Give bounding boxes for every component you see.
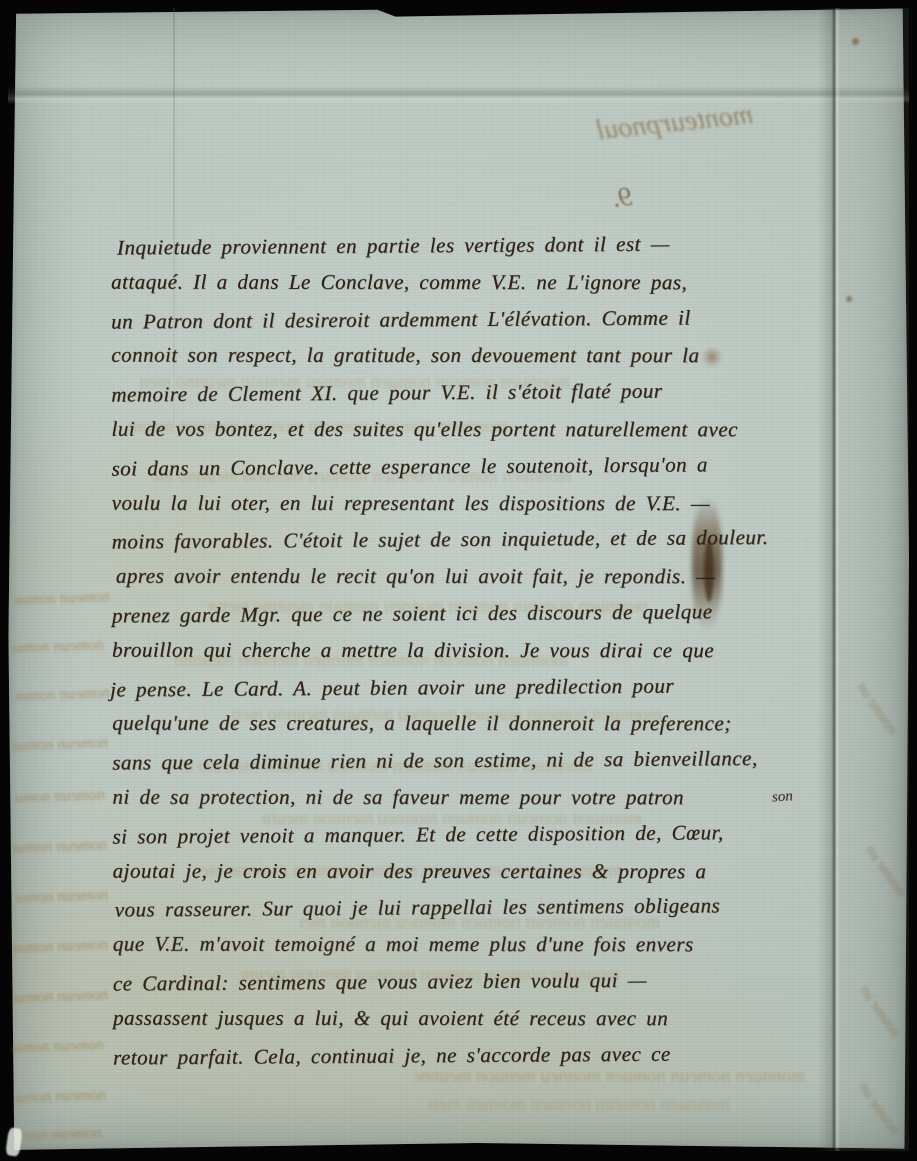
manuscript-line-22: passassent jusques a lui, & qui avoient … <box>113 1005 837 1042</box>
interlinear-insertion-word: son <box>771 788 793 806</box>
ink-speck <box>852 38 859 45</box>
manuscript-line-1: Inquietude proviennent en partie les ver… <box>117 230 835 272</box>
manuscript-line-14: quelqu'une de ses creatures, a laquelle … <box>112 711 836 748</box>
paper-edge-flake <box>5 1127 23 1157</box>
manuscript-line-8: voulu la lui oter, en lui representant l… <box>112 490 836 527</box>
manuscript-line-5: memoire de Clement XI. que pour V.E. il … <box>111 378 835 420</box>
manuscript-line-3: un Patron dont il desireroit ardemment L… <box>111 304 835 346</box>
manuscript-line-10: apres avoir entendu le recit qu'on lui a… <box>116 564 836 601</box>
manuscript-line-7: soi dans un Conclave. cette esperance le… <box>111 451 835 493</box>
manuscript-line-15: sans que cela diminue rien ni de son est… <box>112 746 836 788</box>
second-leaf-edge <box>838 8 909 1151</box>
manuscript-line-13: je pense. Le Card. A. peut bien avoir un… <box>110 672 836 714</box>
manuscript-line-4: connoit son respect, la gratitude, son d… <box>111 343 835 380</box>
manuscript-line-2: attaqué. Il a dans Le Conclave, comme V.… <box>111 269 835 306</box>
manuscript-line-12: brouillon qui cherche a mettre la divisi… <box>112 637 836 674</box>
manuscript-line-11: prenez garde Mgr. que ce ne soient ici d… <box>112 598 836 640</box>
verso-numeral-bleedthrough: 9. <box>610 181 634 215</box>
manuscript-line-19: vous rasseurer. Sur quoi je lui rappella… <box>115 893 837 935</box>
manuscript-line-17: si son projet venoit a manquer. Et de ce… <box>112 819 836 861</box>
horizontal-fold-crease <box>8 86 909 104</box>
manuscript-line-9: moins favorables. C'étoit le sujet de so… <box>112 525 836 567</box>
manuscript-line-18: ajoutai je, je crois en avoir des preuve… <box>113 858 837 895</box>
manuscript-line-21: ce Cardinal: sentimens que vous aviez bi… <box>113 966 837 1008</box>
ink-speck <box>846 296 852 302</box>
manuscript-line-6: lui de vos bontez, et des suites qu'elle… <box>111 417 835 454</box>
manuscript-line-20: que V.E. m'avoit temoigné a moi meme plu… <box>113 932 837 969</box>
manuscript-text-block: Inquietude proviennent en partie les ver… <box>111 232 837 1080</box>
manuscript-line-16: ni de sa protection, ni de sa faveur mem… <box>112 785 836 822</box>
manuscript-line-23: retour parfait. Cela, continuai je, ne s… <box>113 1040 837 1082</box>
manuscript-scan: monnuen nomeun nomuen monneu menuon meun… <box>0 0 917 1161</box>
